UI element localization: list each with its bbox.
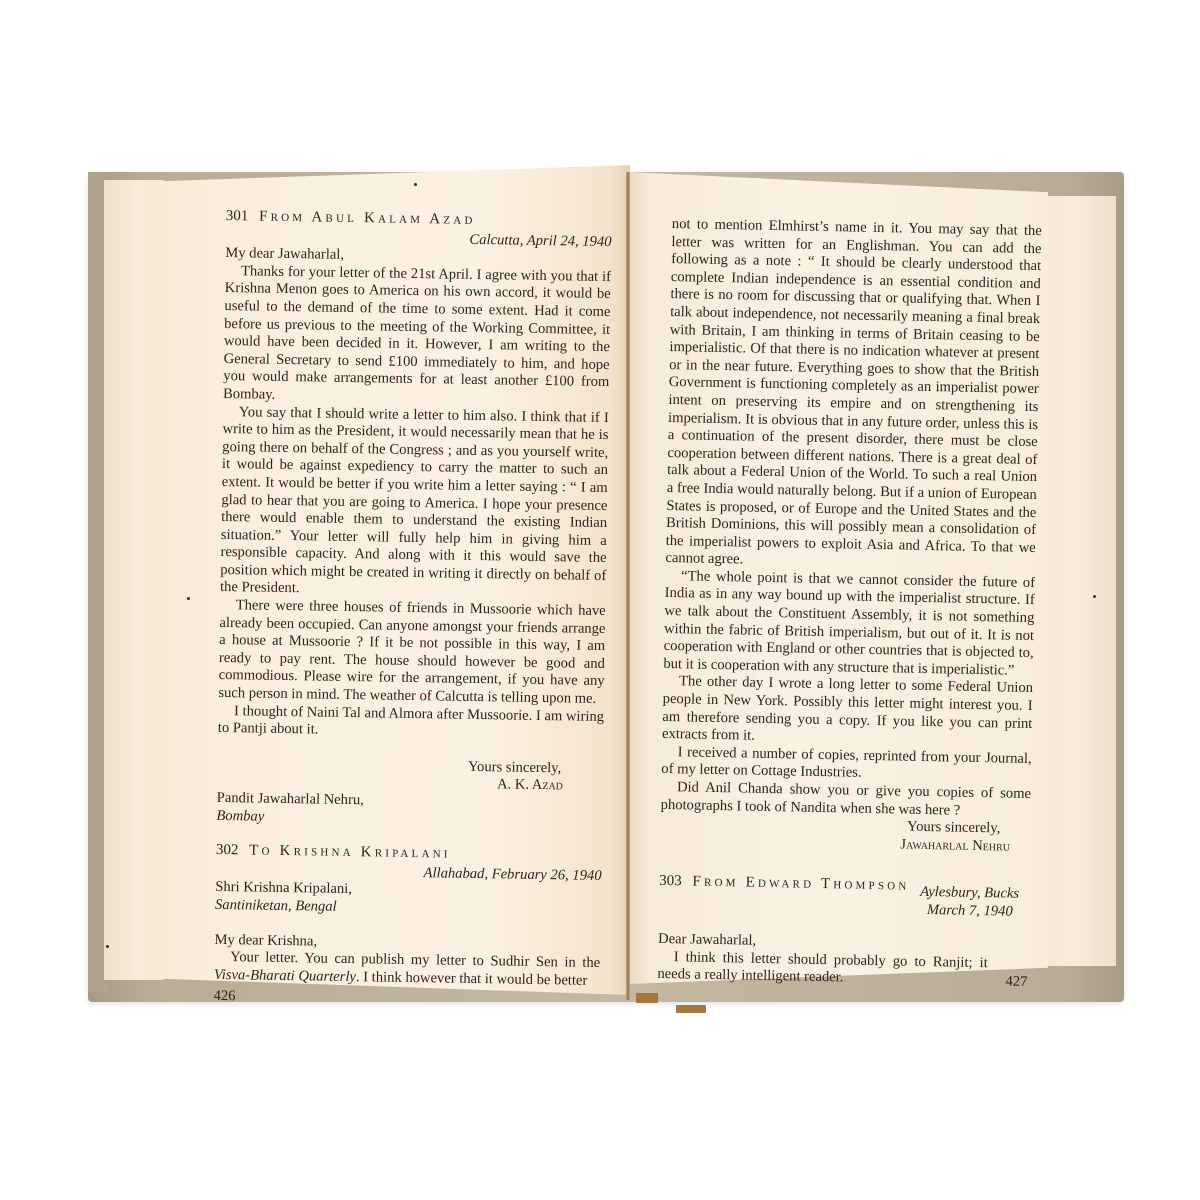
paragraph: Your letter. You can publish my letter t…: [214, 949, 601, 990]
left-page-text: 301 From Abul Kalam Azad Calcutta, April…: [213, 208, 611, 1012]
speck: [187, 597, 190, 600]
letter-title: To Krishna Kripalani: [249, 843, 451, 862]
headband-tab: [676, 1005, 706, 1013]
paragraph: not to mention Elmhirst’s name in it. Yo…: [665, 216, 1042, 575]
speck: [106, 945, 109, 948]
paragraph: The other day I wrote a long letter to s…: [662, 673, 1033, 750]
book-gutter: [626, 172, 630, 1000]
letter-number: 301: [226, 208, 249, 224]
letter-title: From Abul Kalam Azad: [259, 209, 476, 228]
paragraph: “The whole point is that we cannot consi…: [663, 568, 1035, 681]
letter-number: 303: [659, 873, 682, 889]
right-page-text: not to mention Elmhirst’s name in it. Yo…: [657, 216, 1042, 991]
paragraph: I thought of Naini Tal and Almora after …: [218, 703, 605, 744]
paragraph: Thanks for your letter of the 21st April…: [223, 263, 611, 410]
speck: [1093, 595, 1096, 598]
right-page-stack: [1040, 196, 1116, 966]
page-number: 426: [213, 988, 599, 1012]
paragraph-text: . I think however that it would be bette…: [356, 969, 588, 989]
headband-tab: [636, 993, 658, 1003]
book-photo: 301 From Abul Kalam Azad Calcutta, April…: [0, 0, 1200, 1200]
letter-title: From Edward Thompson: [692, 874, 909, 894]
paragraph: There were three houses of friends in Mu…: [218, 597, 606, 709]
paragraph: Did Anil Chanda show you or give you cop…: [661, 779, 1032, 821]
paragraph: You say that I should write a letter to …: [220, 404, 609, 604]
letter-number: 302: [216, 842, 239, 858]
speck: [414, 183, 417, 186]
journal-title: Visva-Bharati Quarterly: [214, 967, 356, 985]
